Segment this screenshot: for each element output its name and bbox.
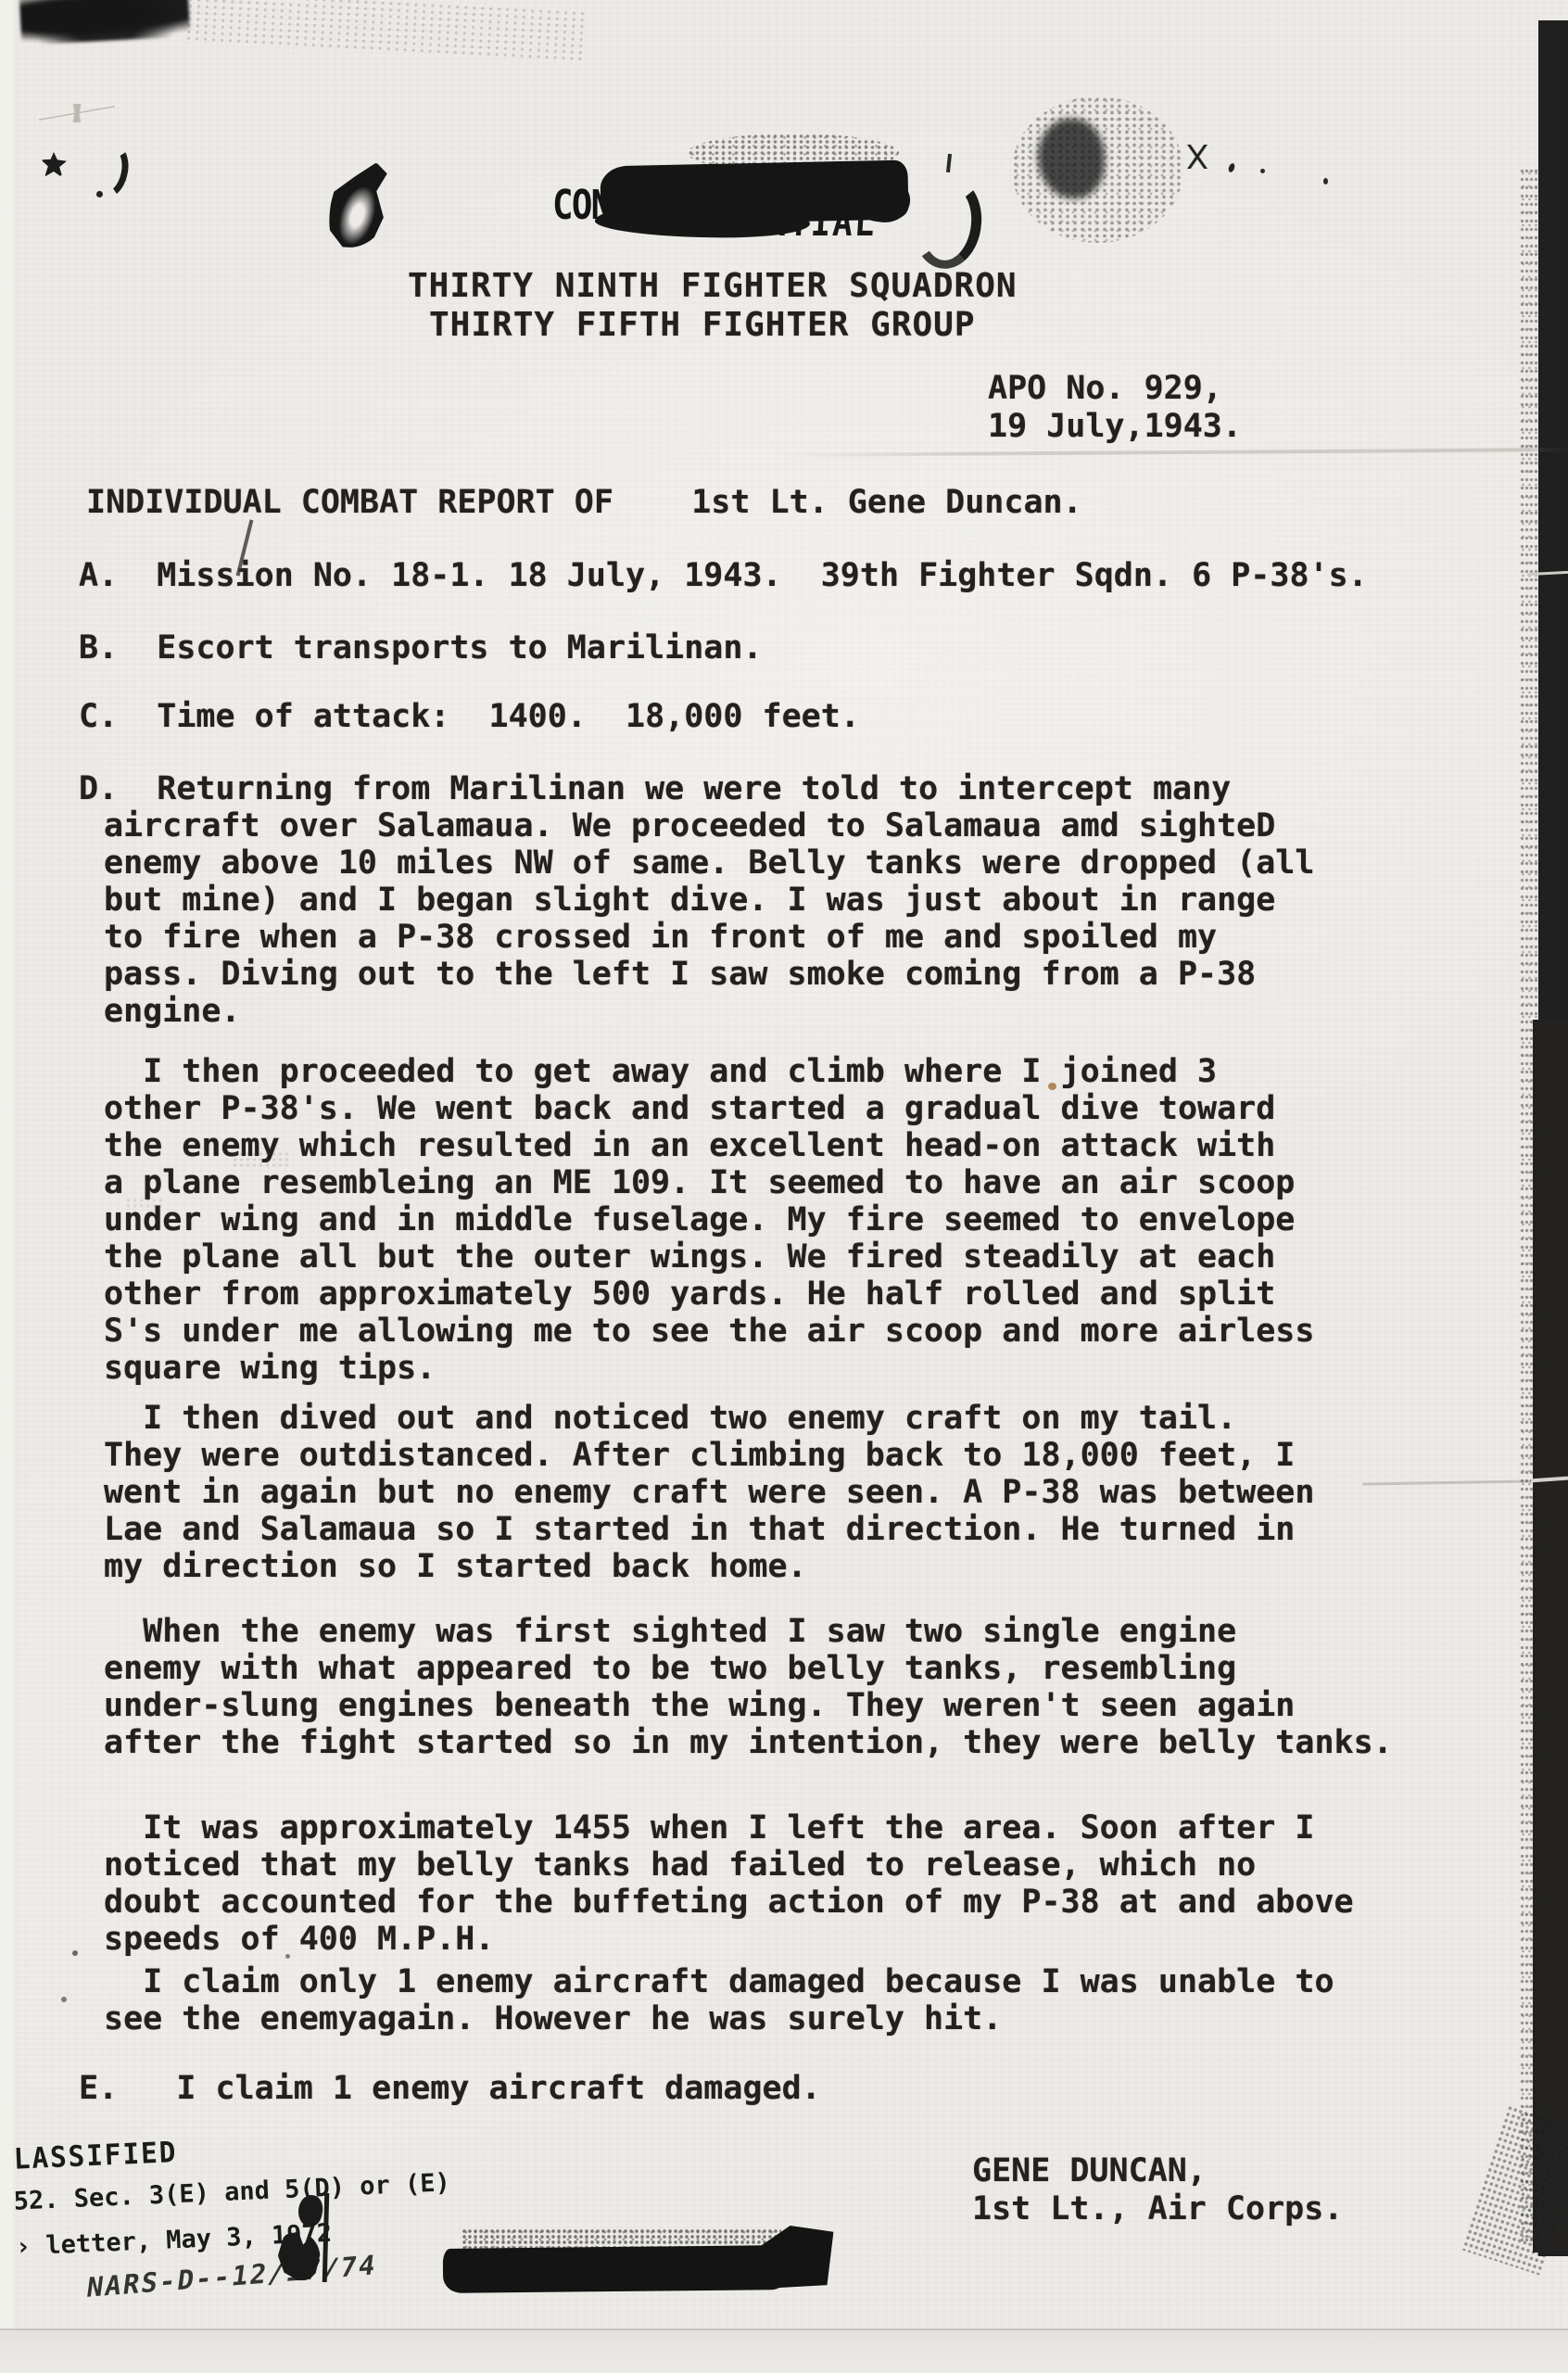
scan-background-bottom — [0, 2330, 1568, 2373]
paper-crease — [1362, 1479, 1535, 1485]
redaction-ink-speckle — [462, 2228, 781, 2251]
squadron-name: THIRTY NINTH FIGHTER SQUADRON — [408, 267, 1018, 305]
section-b-escort: B. Escort transports to Marilinan. — [79, 629, 763, 666]
narrative-paragraph-dived-out: I then dived out and noticed two enemy c… — [104, 1400, 1314, 1585]
ink-spray-field — [1012, 96, 1183, 243]
ink-splat — [41, 152, 67, 178]
report-title: INDIVIDUAL COMBAT REPORT OF 1st Lt. Gene… — [86, 484, 1082, 521]
ink-dot — [61, 1997, 67, 2002]
ink-smudge-trail — [184, 0, 585, 64]
narrative-paragraph-first-sighting: When the enemy was first sighted I saw t… — [104, 1613, 1393, 1761]
group-name: THIRTY FIFTH FIGHTER GROUP — [429, 306, 976, 344]
ink-ring-mark — [908, 172, 986, 272]
narrative-paragraph-claim: I claim only 1 enemy aircraft damaged be… — [104, 1963, 1334, 2037]
paper-crease — [778, 448, 1568, 457]
declass-stamp-line-classified: LASSIFIED — [13, 2136, 178, 2176]
section-d-narrative: D. Returning from Marilinan we were told… — [104, 770, 1314, 1030]
ink-dot — [1260, 169, 1265, 173]
scan-edge-speckle — [1520, 167, 1538, 2243]
paper-speck — [125, 1198, 164, 1211]
ink-dot — [1323, 178, 1328, 184]
declass-stamp-line-nars-date: NARS-D--12/17/74 — [85, 2249, 379, 2303]
ink-dot — [285, 1954, 290, 1959]
pencil-scribble — [39, 104, 115, 122]
apo-address: APO No. 929,19 July,1943. — [988, 370, 1242, 446]
paper-speck — [232, 1151, 289, 1168]
ink-dot — [1227, 162, 1235, 172]
declass-stamp-line-authority: 52. Sec. 3(E) and 5(D) or (E) — [13, 2168, 450, 2216]
scan-left-edge — [0, 0, 13, 2373]
ink-blot-comma — [317, 153, 401, 258]
combat-report-scan: CONF NTIAL THIRTY NINTH FIGHTER SQUADRON… — [0, 0, 1568, 2373]
ink-x-mark — [1186, 145, 1208, 169]
signature-block: GENE DUNCAN,1st Lt., Air Corps. — [972, 2152, 1343, 2228]
ink-tick — [946, 154, 952, 172]
ink-dot — [72, 1950, 78, 1956]
ink-spray-above-stamp — [688, 133, 899, 172]
redaction-ink-bar-bottom — [443, 2245, 784, 2293]
section-e-claim: E. I claim 1 enemy aircraft damaged. — [79, 2070, 821, 2107]
section-a-mission: A. Mission No. 18-1. 18 July, 1943. 39th… — [79, 557, 1368, 594]
narrative-paragraph-left-area: It was approximately 1455 when I left th… — [104, 1809, 1354, 1958]
narrative-paragraph-head-on-attack: I then proceeded to get away and climb w… — [104, 1053, 1314, 1387]
ink-dot — [96, 191, 103, 197]
section-c-time-of-attack: C. Time of attack: 1400. 18,000 feet. — [79, 698, 860, 735]
ink-smudge-top-left — [19, 0, 190, 45]
rust-speck — [1048, 1083, 1056, 1090]
ink-paren-mark — [85, 139, 133, 201]
